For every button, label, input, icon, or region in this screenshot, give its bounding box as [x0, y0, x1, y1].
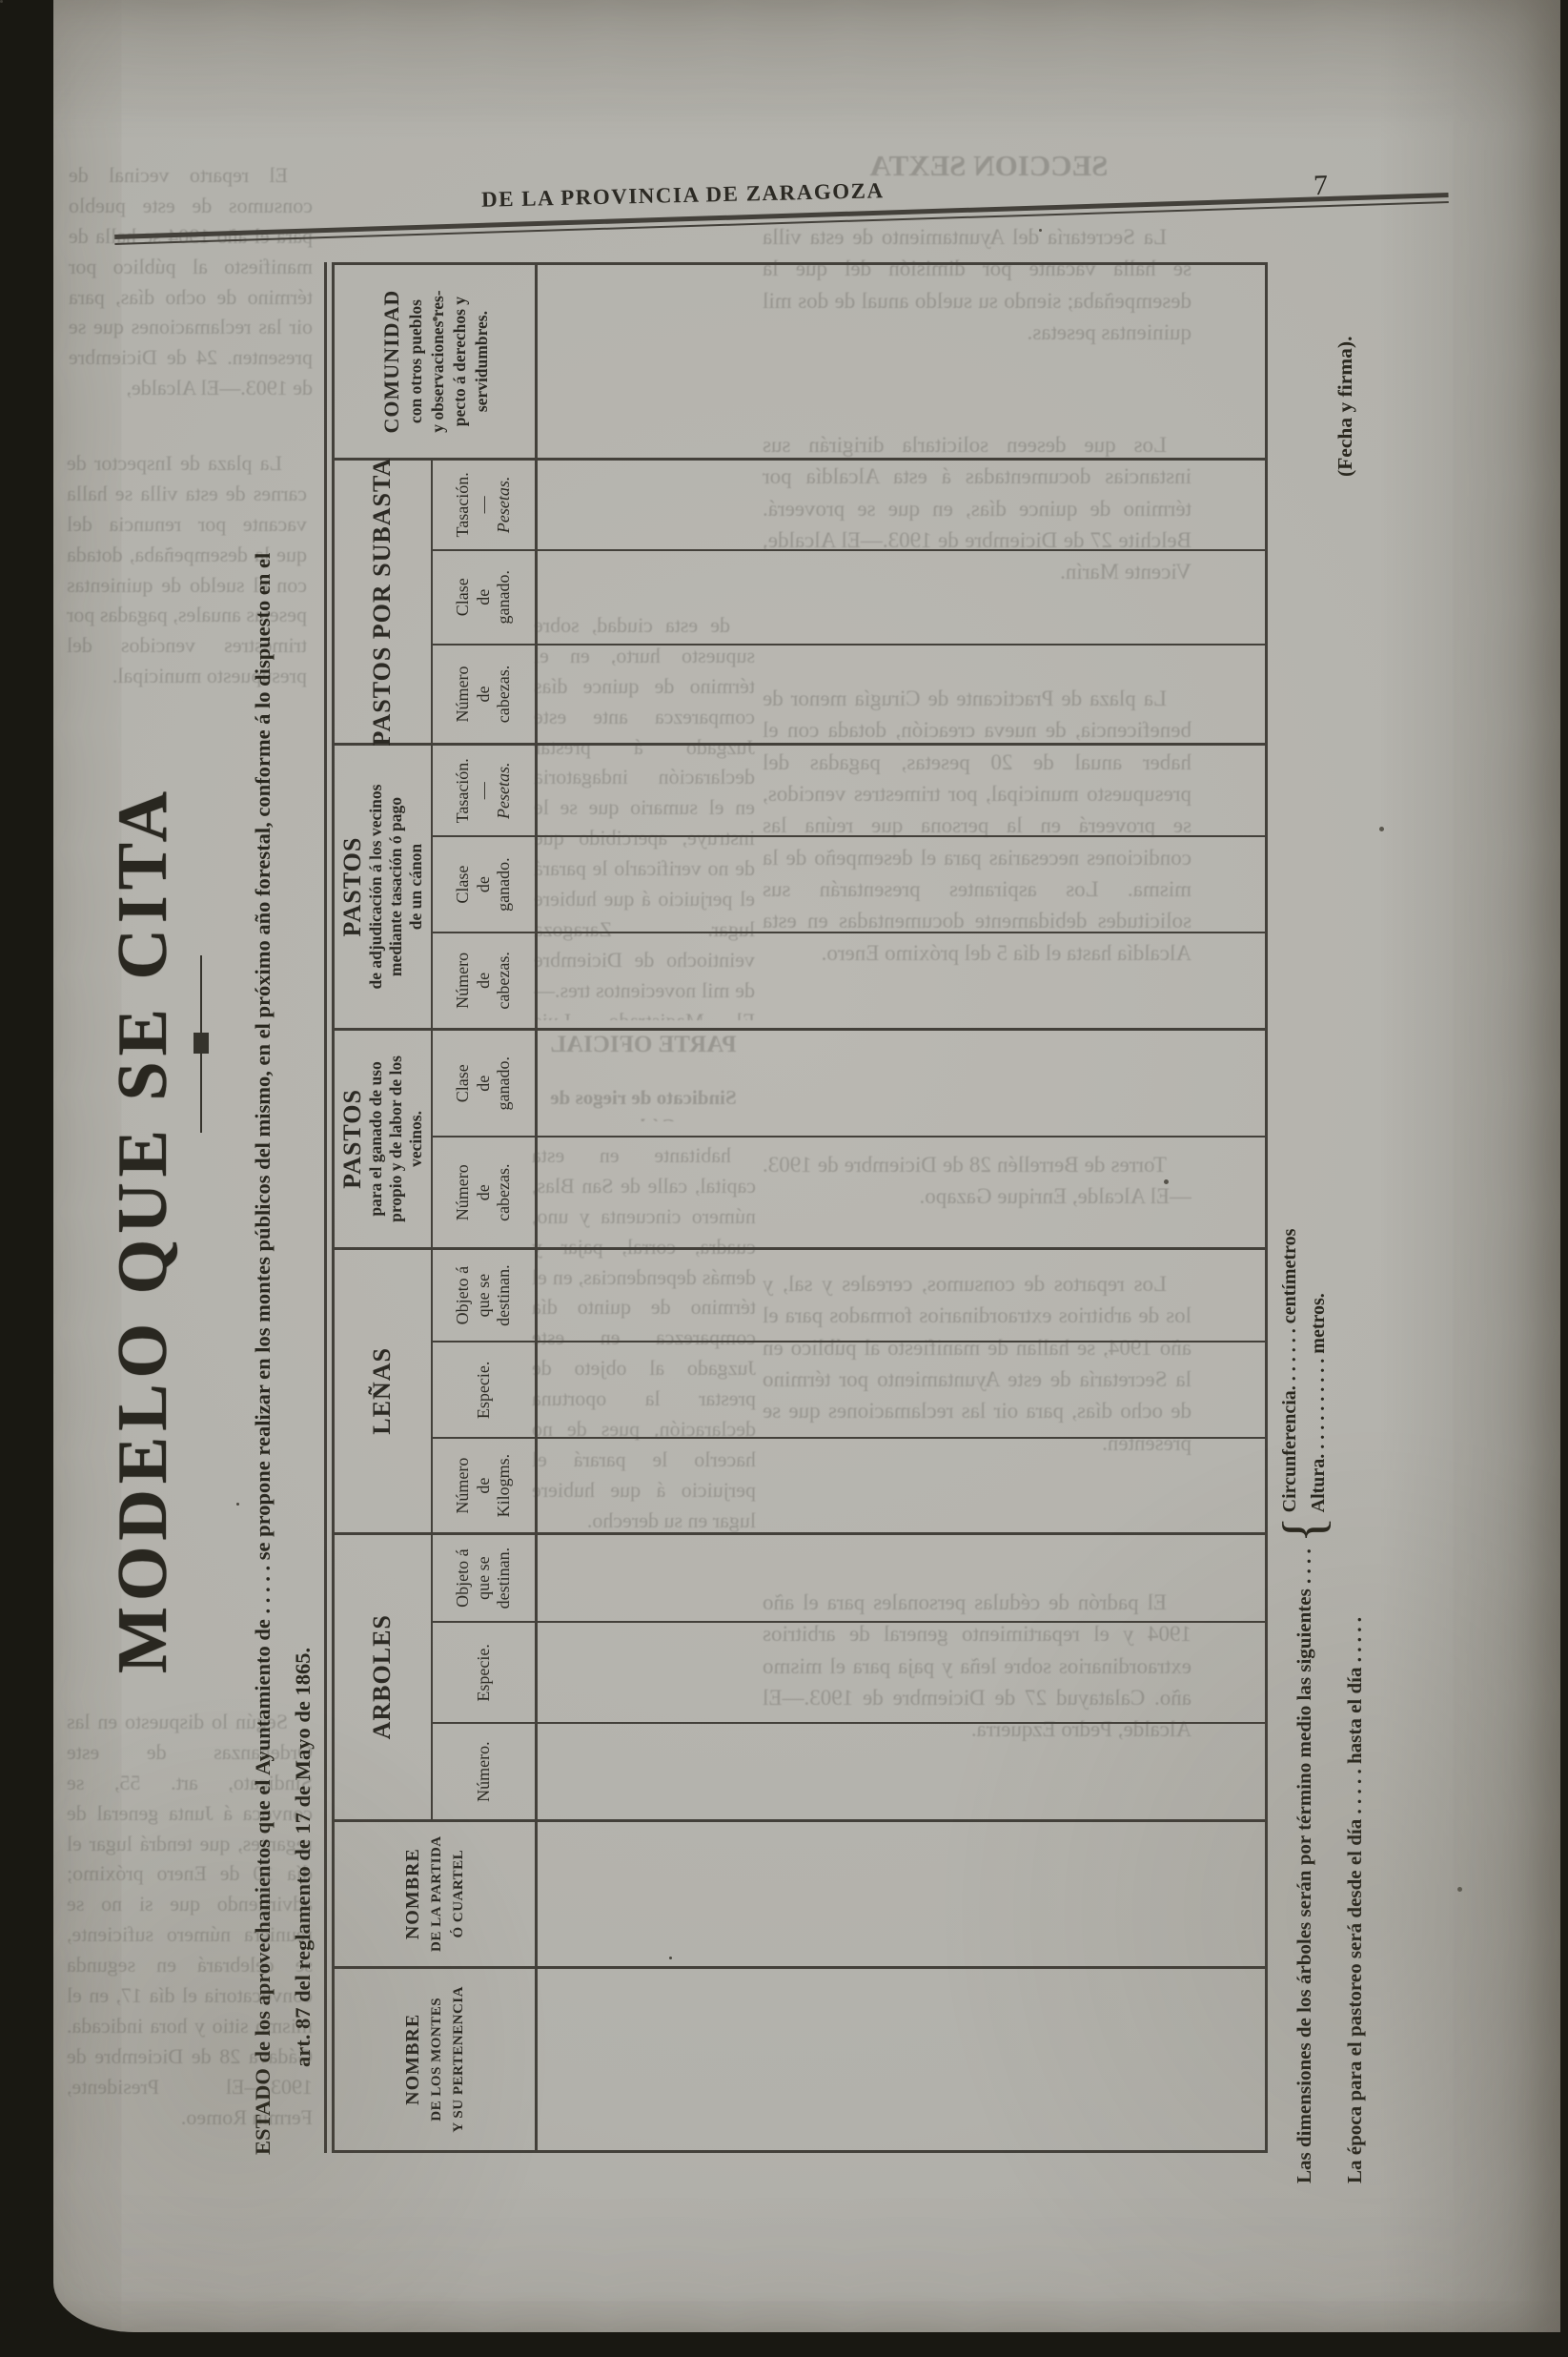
- subcolumn-numero-kilogms: Número de Kilogms.: [433, 1440, 1265, 1532]
- subcolumn-header: Tasación. — Pesetas.: [433, 746, 538, 835]
- subcolumn-header: Objeto á que se destinan.: [433, 1535, 538, 1622]
- column-header-line: COMUNIDAD: [377, 290, 406, 434]
- column-group-arboles: ARBOLES Número. Especie. Objeto á que se…: [335, 1532, 1265, 1819]
- subcolumn-header: Número de Kilogms.: [433, 1440, 538, 1532]
- column-header-line: DE LOS MONTES: [426, 1998, 448, 2121]
- signature-line: (Fecha y firma).: [1334, 337, 1357, 477]
- form-caption-line1: ESTADO de los aprovechamientos que el Ay…: [251, 553, 275, 2155]
- subcolumn-clase-ganado: Clase de ganado.: [433, 837, 1265, 933]
- group-description: de adjudicación á los vecinos mediante t…: [366, 785, 426, 990]
- subcolumn-numero-cabezas: Número de cabezas.: [433, 646, 1265, 743]
- column-header-lines: con otros pueblos y observaciones res- p…: [405, 290, 492, 432]
- table-body-cell: [538, 1822, 1265, 1966]
- subcolumn-label: Número de cabezas.: [453, 1163, 516, 1220]
- rotated-form-block: MODELO QUE SE CITA ESTADO de los aprovec…: [91, 219, 1392, 2193]
- subcolumn-label-italic: Pesetas.: [494, 763, 515, 819]
- subcolumn-tasacion-pesetas: Tasación. — Pesetas.: [433, 746, 1265, 837]
- column-group-lenas: LEÑAS Número de Kilogms. Especie. Objeto…: [335, 1247, 1265, 1532]
- group-header: PASTOS de adjudicación á los vecinos med…: [335, 746, 433, 1028]
- title-ornament-rule: [192, 955, 211, 1133]
- subcolumn-label: Clase de ganado.: [453, 1056, 516, 1110]
- subcolumn-label: Número de cabezas.: [453, 952, 516, 1009]
- subcolumn-label: Clase de ganado.: [453, 857, 516, 911]
- scanned-gazette-page: SECCION SEXTA La Secretaría del Ayuntami…: [0, 0, 1568, 2357]
- table-body-cell: [538, 933, 1265, 1028]
- subcolumn-label: Especie.: [474, 1362, 495, 1419]
- column-header-line: DE LA PARTIDA: [426, 1835, 448, 1952]
- column-comunidad: COMUNIDAD con otros pueblos y observacio…: [335, 265, 1265, 458]
- subcolumn-label: Número.: [474, 1741, 495, 1801]
- table-body-cell: [538, 551, 1265, 644]
- footnote-circumference: Circunferencia. . . . . . . centímetros: [1275, 1229, 1304, 1513]
- footnote-dimensions-text: Las dimensiones de los árboles serán por…: [1293, 1548, 1316, 2183]
- model-title: MODELO QUE SE CITA: [91, 825, 195, 1673]
- subcolumn-especie: Especie.: [433, 1623, 1265, 1724]
- footnote-height: Altura. . . . . . . . . . . metros.: [1304, 1229, 1333, 1513]
- subcolumn-label: Tasación. —: [453, 758, 495, 823]
- group-label: ARBOLES: [369, 1614, 397, 1739]
- table-body-cell: [538, 1250, 1265, 1341]
- subcolumn-label-italic: Pesetas.: [494, 477, 515, 533]
- table-body-cell: [538, 1724, 1265, 1818]
- subcolumn-label: Clase de ganado.: [453, 570, 516, 624]
- subcolumn-label: Objeto á que se destinan.: [453, 1264, 516, 1326]
- group-description: para el ganado de uso propio y de labor …: [366, 1056, 426, 1222]
- table-body-cell: [538, 1969, 1265, 2150]
- group-header: LEÑAS: [335, 1250, 433, 1532]
- subcolumn-header: Clase de ganado.: [433, 1031, 538, 1136]
- subcolumn-label: Especie.: [474, 1644, 495, 1701]
- subcolumn-tasacion-pesetas: Tasación. — Pesetas.: [433, 461, 1265, 550]
- footnote-season: La época para el pastoreo será desde el …: [1343, 1617, 1367, 2183]
- table-body-cell: [538, 1623, 1265, 1722]
- subcolumn-header: Especie.: [433, 1342, 538, 1437]
- column-header: NOMBRE DE LOS MONTES Y SU PERTENENCIA: [335, 1969, 538, 2150]
- dust-specks: [0, 0, 3, 3]
- subcolumn-numero-cabezas: Número de cabezas.: [433, 1138, 1265, 1247]
- column-group-pastos-subasta: PASTOS POR SUBASTA Número de cabezas. Cl…: [335, 458, 1265, 743]
- subcolumn-label: Número de Kilogms.: [453, 1454, 516, 1518]
- subcolumn-header: Número de cabezas.: [433, 646, 538, 743]
- form-caption-line2: art. 87 del reglamento de 17 de Mayo de …: [291, 1648, 316, 2067]
- column-header: COMUNIDAD con otros pueblos y observacio…: [335, 265, 538, 458]
- subcolumn-objeto: Objeto á que se destinan.: [433, 1535, 1265, 1624]
- subcolumn-numero-cabezas: Número de cabezas.: [433, 933, 1265, 1028]
- group-label: PASTOS POR SUBASTA: [369, 458, 397, 747]
- subcolumn-objeto: Objeto á que se destinan.: [433, 1250, 1265, 1342]
- subcolumn-especie: Especie.: [433, 1342, 1265, 1439]
- table-body-cell: [538, 1031, 1265, 1136]
- subcolumn-clase-ganado: Clase de ganado.: [433, 551, 1265, 646]
- subcolumn-header: Clase de ganado.: [433, 837, 538, 931]
- table-body-cell: [538, 461, 1265, 548]
- subcolumn-header: Especie.: [433, 1623, 538, 1722]
- column-group-pastos-vecinos: PASTOS para el ganado de uso propio y de…: [335, 1028, 1265, 1247]
- subcolumn-header: Tasación. — Pesetas.: [433, 461, 538, 548]
- subcolumn-header: Número de cabezas.: [433, 933, 538, 1028]
- group-header: PASTOS POR SUBASTA: [335, 461, 433, 743]
- group-label: PASTOS: [339, 837, 367, 937]
- table-body-cell: [538, 1138, 1265, 1247]
- subcolumn-header: Objeto á que se destinan.: [433, 1250, 538, 1341]
- subcolumn-numero: Número.: [433, 1724, 1265, 1818]
- subcolumn-header: Número.: [433, 1724, 538, 1818]
- footnote-dimensions: Las dimensiones de los árboles serán por…: [1275, 1229, 1333, 2183]
- column-header-line: Ó CUARTEL: [448, 1850, 470, 1938]
- subcolumn-header: Número de cabezas.: [433, 1138, 538, 1247]
- subcolumn-label: Objeto á que se destinan.: [453, 1547, 516, 1609]
- column-nombre-montes: NOMBRE DE LOS MONTES Y SU PERTENENCIA: [335, 1966, 1265, 2150]
- table-body-cell: [538, 1342, 1265, 1437]
- subcolumn-header: Clase de ganado.: [433, 551, 538, 644]
- column-nombre-partida: NOMBRE DE LA PARTIDA Ó CUARTEL: [335, 1819, 1265, 1966]
- footnote-measure-stack: Circunferencia. . . . . . . centímetros …: [1275, 1229, 1333, 1513]
- subcolumn-label: Número de cabezas.: [453, 666, 516, 723]
- table-body-cell: [538, 837, 1265, 931]
- aprovechamientos-form-table: NOMBRE DE LOS MONTES Y SU PERTENENCIA NO…: [332, 262, 1268, 2153]
- column-header-line: Y SU PERTENENCIA: [448, 1986, 470, 2133]
- subcolumn-label: Tasación. —: [453, 472, 495, 537]
- column-header-line: NOMBRE: [400, 1848, 426, 1939]
- table-body-cell: [538, 1535, 1265, 1622]
- group-label: LEÑAS: [369, 1347, 397, 1435]
- subcolumn-clase-ganado: Clase de ganado.: [433, 1031, 1265, 1138]
- table-body-cell: [538, 265, 1265, 458]
- table-body-cell: [538, 1440, 1265, 1532]
- column-group-pastos-adjudicacion: PASTOS de adjudicación á los vecinos med…: [335, 743, 1265, 1028]
- table-body-cell: [538, 746, 1265, 835]
- table-body-cell: [538, 646, 1265, 743]
- column-header-line: NOMBRE: [400, 2014, 426, 2105]
- group-label: PASTOS: [339, 1089, 367, 1189]
- column-header: NOMBRE DE LA PARTIDA Ó CUARTEL: [335, 1822, 538, 1966]
- group-header: PASTOS para el ganado de uso propio y de…: [335, 1031, 433, 1247]
- group-header: ARBOLES: [335, 1535, 433, 1819]
- brace-glyph: {: [1275, 1516, 1334, 1543]
